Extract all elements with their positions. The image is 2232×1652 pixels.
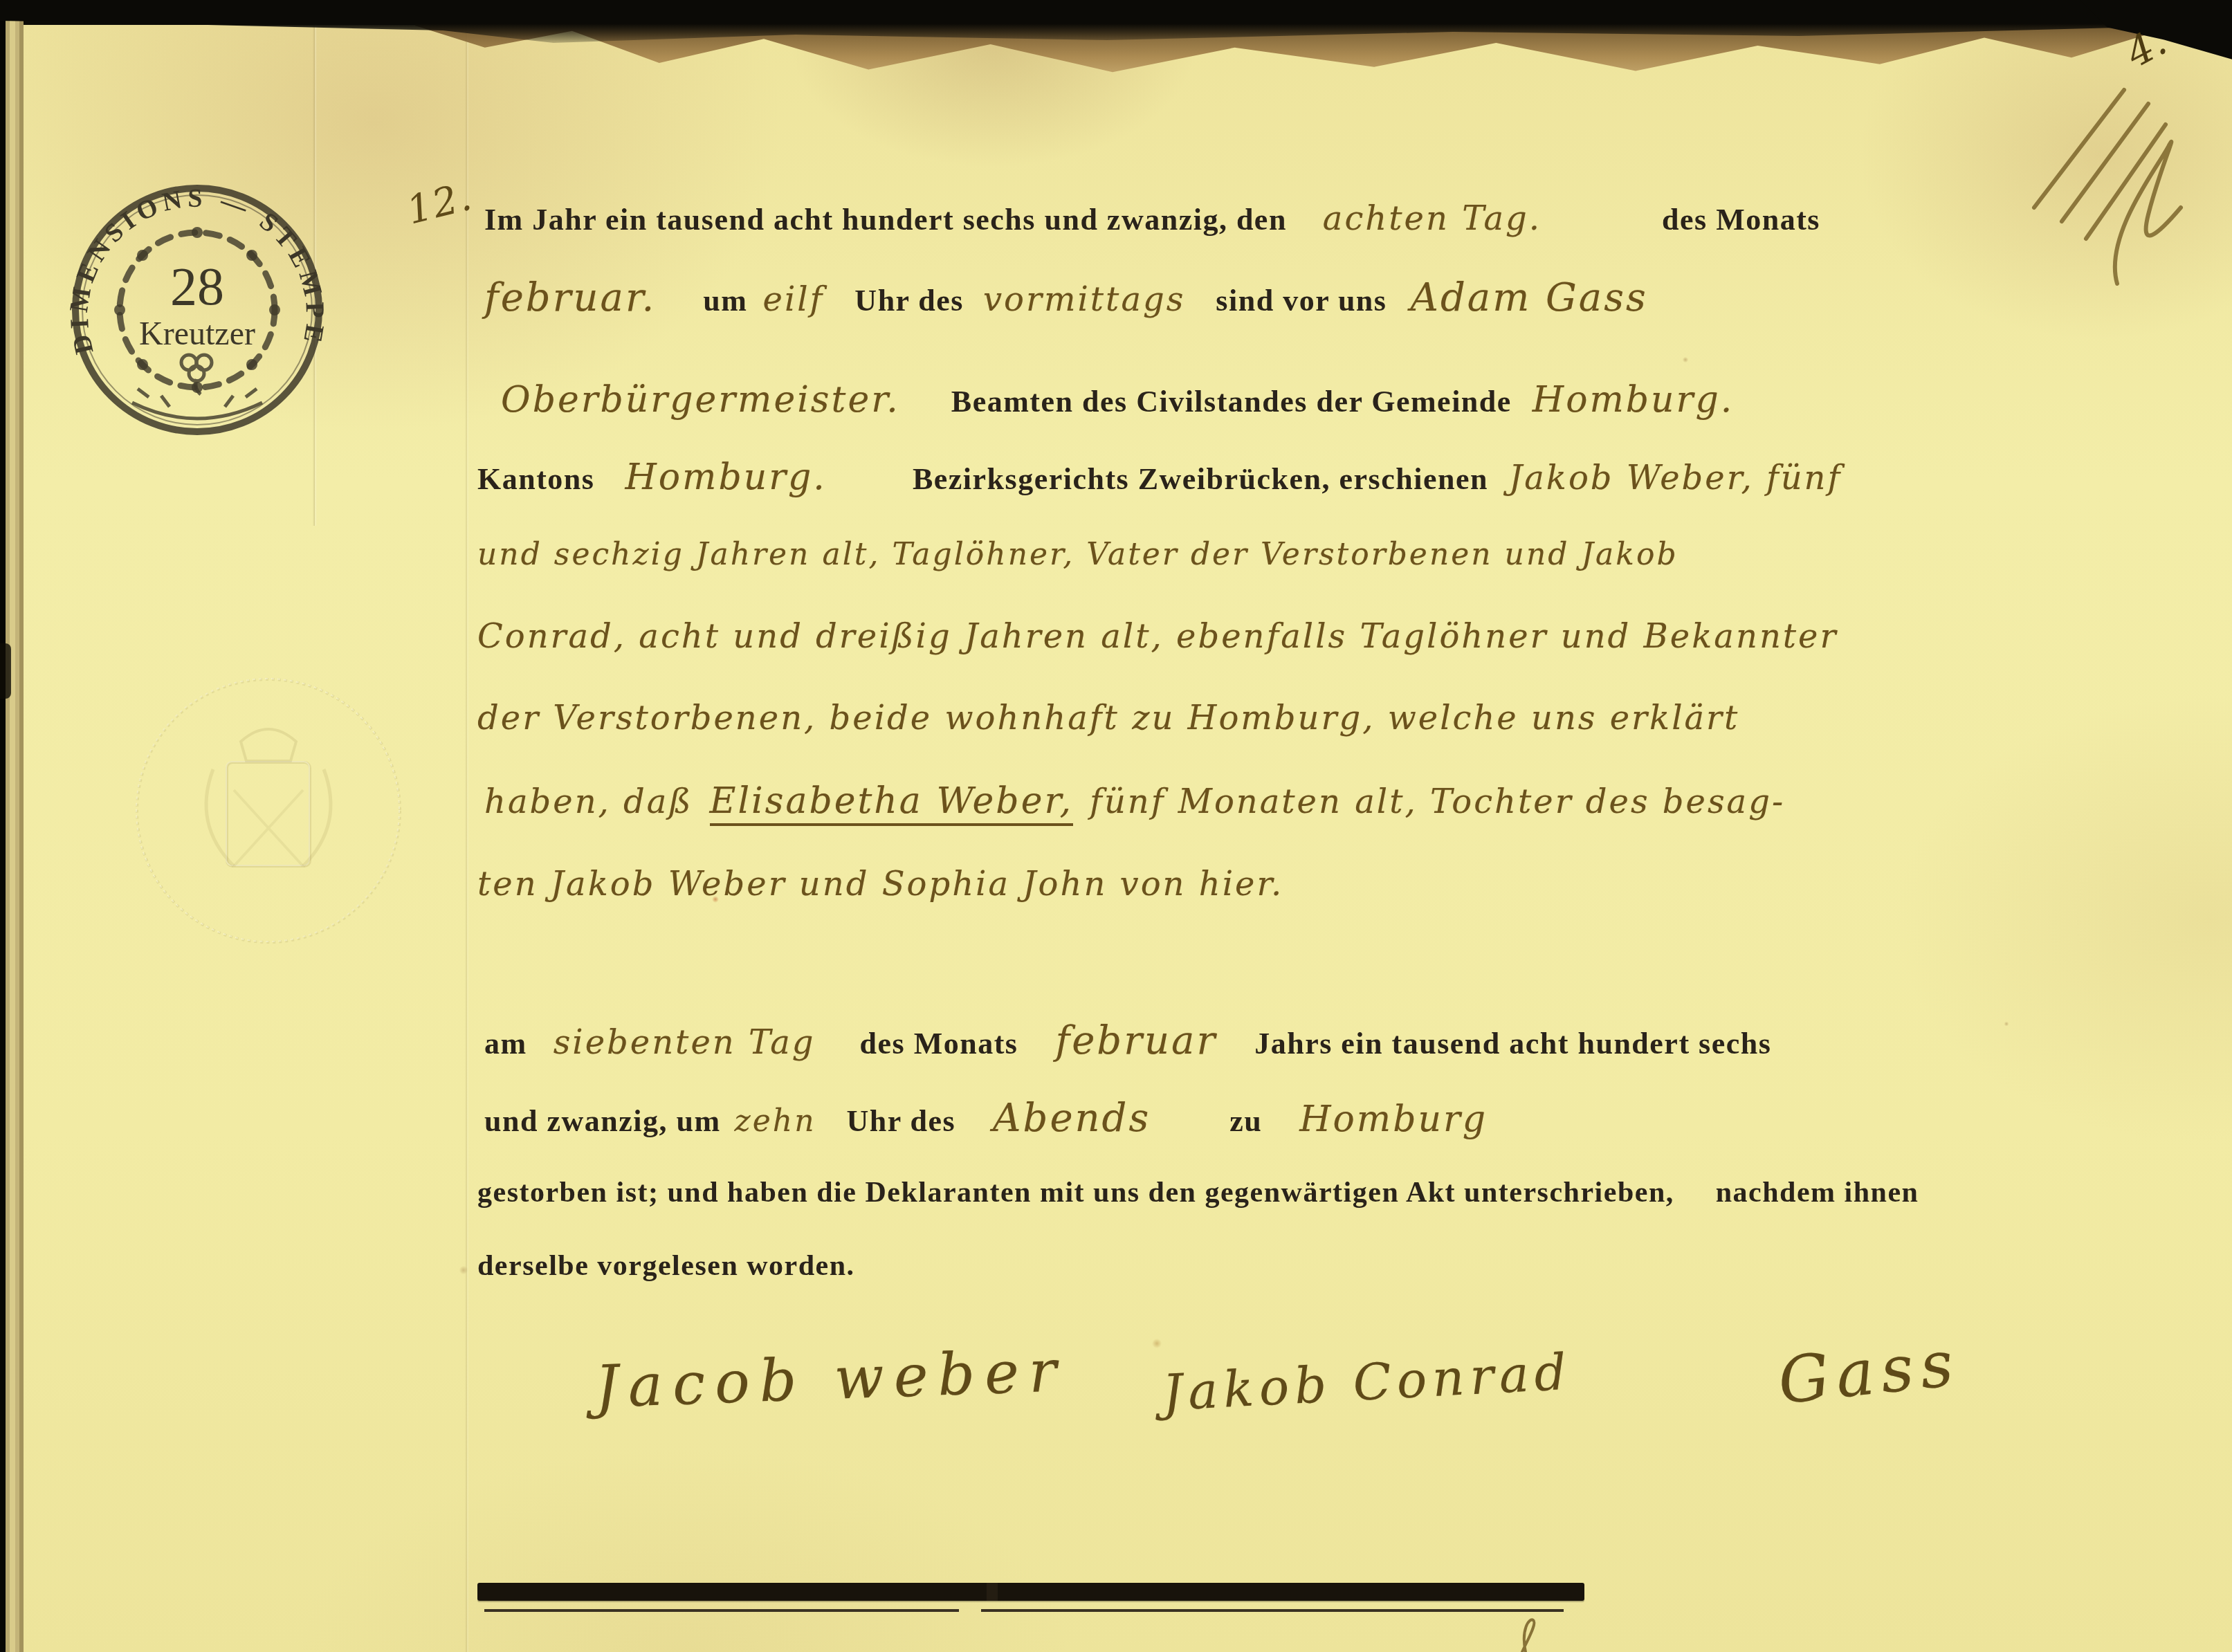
- entry-separator-rule: [477, 1583, 1584, 1601]
- handwritten-deceased-name: Elisabetha Weber,: [710, 780, 1074, 826]
- handwritten-canton: Homburg.: [625, 457, 826, 498]
- handwritten-parents: ten Jakob Weber und Sophia John von hier…: [477, 865, 1283, 903]
- handwritten-text: Conrad, acht und dreißig Jahren alt, ebe…: [477, 617, 1838, 656]
- handwritten-day: achten Tag.: [1323, 199, 1542, 238]
- stamp-value: 28: [170, 256, 224, 316]
- next-entry-pen-flourish: [1488, 1616, 1550, 1652]
- form-line-9: ten Jakob Weber und Sophia John von hier…: [477, 865, 1283, 903]
- printed-text: des Monats: [1662, 203, 1820, 237]
- form-line-5: und sechzig Jahren alt, Taglöhner, Vater…: [477, 537, 1678, 572]
- printed-text: sind vor uns: [1216, 284, 1387, 318]
- printed-text: zu: [1229, 1104, 1262, 1138]
- form-line-7: der Verstorbenen, beide wohnhaft zu Homb…: [477, 699, 1739, 737]
- handwritten-text: der Verstorbenen, beide wohnhaft zu Homb…: [477, 699, 1739, 737]
- printed-text: Uhr des: [854, 284, 964, 318]
- printed-text: nachdem ihnen: [1716, 1177, 1919, 1209]
- handwritten-office-title: Oberbürgermeister.: [501, 379, 900, 421]
- printed-text: des Monats: [860, 1027, 1018, 1061]
- form-line-13: derselbe vorgelesen worden.: [477, 1249, 855, 1283]
- form-line-3: Oberbürgermeister. Beamten des Civilstan…: [501, 379, 1734, 421]
- printed-text: um: [703, 284, 747, 318]
- form-line-6: Conrad, acht und dreißig Jahren alt, ebe…: [477, 617, 1838, 656]
- printed-text: Im Jahr ein tausend acht hundert sechs u…: [484, 203, 1287, 237]
- printed-text: Uhr des: [846, 1104, 955, 1138]
- blind-embossed-seal: [130, 666, 407, 956]
- printed-text: Bezirksgerichts Zweibrücken, erschienen: [913, 462, 1488, 496]
- handwritten-official-name: Adam Gass: [1410, 275, 1647, 320]
- handwritten-daytime: vormittags: [983, 280, 1185, 319]
- handwritten-text: und sechzig Jahren alt, Taglöhner, Vater…: [477, 537, 1678, 572]
- entry-separator-rule-thin: [484, 1609, 1564, 1612]
- handwritten-hour: eilf: [762, 280, 824, 319]
- gutter-ink-mark: [0, 643, 11, 699]
- handwritten-commune: Homburg.: [1533, 379, 1734, 421]
- form-line-11: und zwanzig, um zehn Uhr des Abends zu H…: [484, 1096, 1488, 1141]
- printed-text: am: [484, 1027, 527, 1061]
- printed-text: Kantons: [477, 462, 594, 496]
- stamp-unit: Kreutzer: [139, 315, 255, 352]
- form-line-10: am siebenten Tag des Monats februar Jahr…: [484, 1018, 1771, 1063]
- handwritten-text: haben, daß: [484, 782, 693, 821]
- handwritten-text: fünf Monaten alt, Tochter des besag-: [1090, 782, 1785, 821]
- printed-text: Jahrs ein tausend acht hundert sechs: [1254, 1027, 1771, 1061]
- handwritten-declarant-name: Jakob Weber, fünf: [1509, 459, 1842, 497]
- printed-text: Beamten des Civilstandes der Gemeinde: [951, 385, 1512, 419]
- handwritten-death-day: siebenten Tag: [554, 1023, 816, 1062]
- corner-pen-flourish: [2020, 62, 2228, 297]
- printed-text: gestorben ist; und haben die Deklaranten…: [477, 1177, 1674, 1209]
- handwritten-death-hour: zehn: [735, 1103, 816, 1139]
- handwritten-death-month: februar: [1056, 1018, 1218, 1063]
- handwritten-month: februar.: [484, 275, 656, 320]
- handwritten-death-daytime: Abends: [993, 1096, 1151, 1141]
- form-line-8: haben, daß Elisabetha Weber, fünf Monate…: [484, 780, 1785, 822]
- form-line-4: Kantons Homburg. Bezirksgerichts Zweibrü…: [477, 457, 1842, 498]
- book-gutter-edge: [0, 0, 24, 1652]
- form-line-1: Im Jahr ein tausend acht hundert sechs u…: [484, 199, 1820, 238]
- scanned-death-record-page: { "margin": { "entry_number": "12.", "fo…: [0, 0, 2232, 1652]
- dimension-stamp: DIMENSIONS — STEMPEL 28 Kreutzer: [66, 174, 329, 446]
- form-line-2: februar. um eilf Uhr des vormittags sind…: [484, 275, 1648, 320]
- printed-text: derselbe vorgelesen worden.: [477, 1250, 855, 1282]
- printed-text: und zwanzig, um: [484, 1104, 721, 1138]
- handwritten-death-place: Homburg: [1299, 1099, 1488, 1140]
- form-line-12: gestorben ist; und haben die Deklaranten…: [477, 1176, 1919, 1209]
